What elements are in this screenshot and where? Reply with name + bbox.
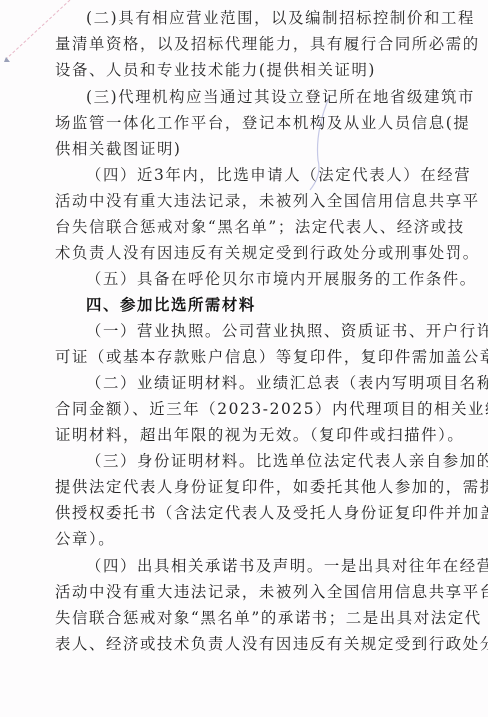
para-2-line-3: 设备、人员和专业技术能力(提供相关证明) <box>55 60 423 80</box>
material-4-line-3: 失信联合惩戒对象“黑名单”的承诺书；二是出具对法定代 <box>55 608 423 628</box>
para-4-line-1: （四）近3年内，比选申请人（法定代表人）在经营 <box>86 165 423 185</box>
para-2-line-1: (二)具有相应营业范围，以及编制招标控制价和工程 <box>86 8 423 28</box>
material-2-line-3: 证明材料，超出年限的视为无效。（复印件或扫描件）。 <box>55 425 423 445</box>
para-4-line-4: 术负责人没有因违反有关规定受到行政处分或刑事处罚。 <box>55 243 423 263</box>
para-2-line-2: 量清单资格，以及招标代理能力，具有履行合同所必需的 <box>55 34 423 54</box>
material-3-line-4: 公章）。 <box>55 529 423 549</box>
material-2-line-2: 合同金额）、近三年（2023-2025）内代理项目的相关业绩 <box>55 399 423 419</box>
material-1-line-1: （一）营业执照。公司营业执照、资质证书、开户行许 <box>86 321 423 341</box>
para-5-line-1: （五）具备在呼伦贝尔市境内开展服务的工作条件。 <box>86 269 423 289</box>
material-3-line-3: 供授权委托书（含法定代表人及受托人身份证复印件并加盖 <box>55 503 423 523</box>
material-1-line-2: 可证（或基本存款账户信息）等复印件，复印件需加盖公章。 <box>55 347 423 367</box>
para-3-line-1: (三)代理机构应当通过其设立登记所在地省级建筑市 <box>86 87 423 107</box>
material-2-line-1: （二）业绩证明材料。业绩汇总表（表内写明项目名称、 <box>86 373 423 393</box>
document-page: (二)具有相应营业范围，以及编制招标控制价和工程 量清单资格，以及招标代理能力，… <box>0 0 488 717</box>
material-4-line-1: （四）出具相关承诺书及声明。一是出具对往年在经营 <box>86 556 423 576</box>
para-3-line-3: 供相关截图证明) <box>55 139 423 159</box>
para-4-line-3: 台失信联合惩戒对象“黑名单”；法定代表人、经济或技 <box>55 217 423 237</box>
para-3-line-2: 场监管一体化工作平台，登记本机构及从业人员信息(提 <box>55 113 423 133</box>
section-heading-materials: 四、参加比选所需材料 <box>86 295 423 315</box>
material-4-line-4: 表人、经济或技术负责人没有因违反有关规定受到行政处分 <box>55 634 423 654</box>
para-4-line-2: 活动中没有重大违法记录，未被列入全国信用信息共享平 <box>55 191 423 211</box>
material-4-line-2: 活动中没有重大违法记录，未被列入全国信用信息共享平台 <box>55 582 423 602</box>
material-3-line-1: （三）身份证明材料。比选单位法定代表人亲自参加的， <box>86 451 423 471</box>
material-3-line-2: 提供法定代表人身份证复印件，如委托其他人参加的，需提 <box>55 477 423 497</box>
